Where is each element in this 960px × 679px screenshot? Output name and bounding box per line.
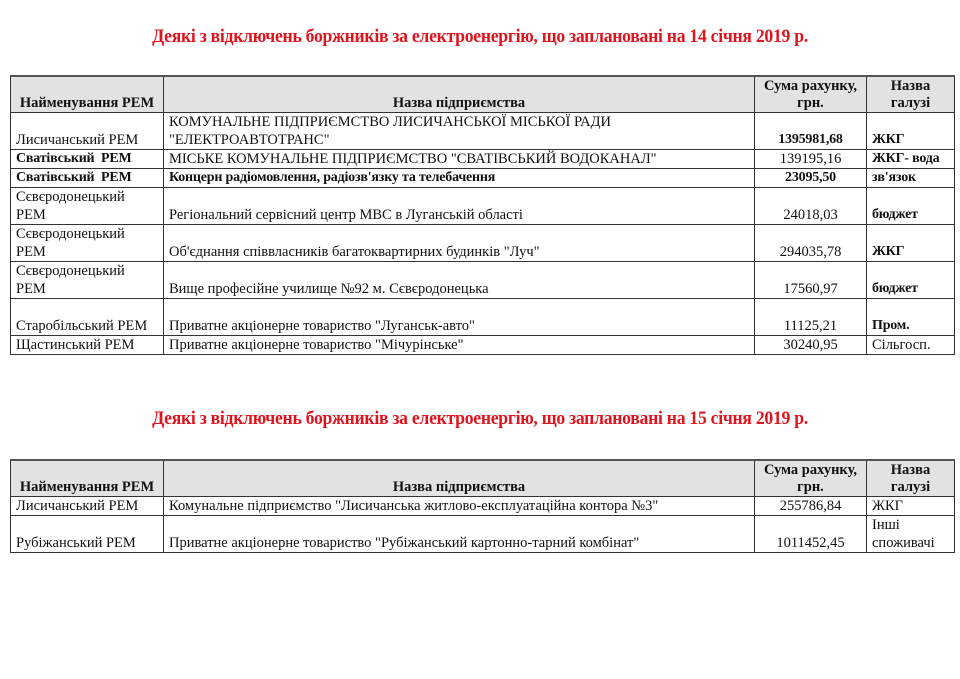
table-row: Сватівський РЕМ МІСЬКЕ КОМУНАЛЬНЕ ПІДПРИ… [11, 150, 955, 169]
cell-sector: бюджет [867, 188, 955, 225]
header-sector: Назва галузі [867, 76, 955, 113]
cell-sector: Інші споживачі [867, 516, 955, 553]
cell-company: Вище професійне училище №92 м. Сєвєродон… [164, 262, 755, 299]
debtors-table-jan-15: Найменування РЕМ Назва підприємства Сума… [10, 459, 955, 553]
header-rem: Найменування РЕМ [11, 76, 164, 113]
table-row: Сєвєродонецький РЕМ Вище професійне учил… [11, 262, 955, 299]
cell-sector: ЖКГ- вода [867, 150, 955, 169]
table-row: Сєвєродонецький РЕМ Об'єднання співвласн… [11, 225, 955, 262]
table-row: Старобільський РЕМ Приватне акціонерне т… [11, 299, 955, 336]
header-amount: Сума рахунку, грн. [755, 460, 867, 497]
section-title-jan-14: Деякі з відключень боржників за електрое… [34, 26, 927, 48]
cell-rem: Сватівський РЕМ [11, 150, 164, 169]
cell-amount: 17560,97 [755, 262, 867, 299]
cell-company: КОМУНАЛЬНЕ ПІДПРИЄМСТВО ЛИСИЧАНСЬКОЇ МІС… [164, 113, 755, 150]
header-company: Назва підприємства [164, 460, 755, 497]
cell-sector: ЖКГ [867, 225, 955, 262]
cell-amount: 1011452,45 [755, 516, 867, 553]
cell-company: Приватне акціонерне товариство "Мічурінс… [164, 336, 755, 355]
header-amount: Сума рахунку, грн. [755, 76, 867, 113]
cell-rem: Щастинський РЕМ [11, 336, 164, 355]
cell-amount: 255786,84 [755, 497, 867, 516]
header-company: Назва підприємства [164, 76, 755, 113]
cell-amount: 139195,16 [755, 150, 867, 169]
cell-sector: ЖКГ [867, 497, 955, 516]
cell-amount: 24018,03 [755, 188, 867, 225]
cell-company: МІСЬКЕ КОМУНАЛЬНЕ ПІДПРИЄМСТВО "СВАТІВСЬ… [164, 150, 755, 169]
cell-rem: Сватівський РЕМ [11, 169, 164, 188]
cell-amount: 11125,21 [755, 299, 867, 336]
cell-rem: Сєвєродонецький РЕМ [11, 225, 164, 262]
header-sector: Назва галузі [867, 460, 955, 497]
cell-amount: 23095,50 [755, 169, 867, 188]
cell-amount: 30240,95 [755, 336, 867, 355]
cell-company: Регіональний сервісний центр МВС в Луган… [164, 188, 755, 225]
cell-sector: бюджет [867, 262, 955, 299]
cell-company: Комунальне підприємство "Лисичанська жит… [164, 497, 755, 516]
table-header-row: Найменування РЕМ Назва підприємства Сума… [11, 460, 955, 497]
debtors-table-jan-14: Найменування РЕМ Назва підприємства Сума… [10, 75, 955, 355]
cell-amount: 1395981,68 [755, 113, 867, 150]
section-title-jan-15: Деякі з відключень боржників за електрое… [34, 408, 927, 430]
cell-rem: Лисичанський РЕМ [11, 113, 164, 150]
cell-company: Концерн радіомовлення, радіозв'язку та т… [164, 169, 755, 188]
cell-company: Об'єднання співвласників багатоквартирни… [164, 225, 755, 262]
table-header-row: Найменування РЕМ Назва підприємства Сума… [11, 76, 955, 113]
table-row: Щастинський РЕМ Приватне акціонерне това… [11, 336, 955, 355]
cell-company: Приватне акціонерне товариство "Рубіжанс… [164, 516, 755, 553]
cell-company: Приватне акціонерне товариство "Луганськ… [164, 299, 755, 336]
cell-amount: 294035,78 [755, 225, 867, 262]
cell-sector: Сільгосп. [867, 336, 955, 355]
header-rem: Найменування РЕМ [11, 460, 164, 497]
cell-sector: зв'язок [867, 169, 955, 188]
cell-rem: Сєвєродонецький РЕМ [11, 262, 164, 299]
cell-rem: Лисичанський РЕМ [11, 497, 164, 516]
table-row: Лисичанський РЕМ Комунальне підприємство… [11, 497, 955, 516]
cell-sector: Пром. [867, 299, 955, 336]
table-row: Сватівський РЕМ Концерн радіомовлення, р… [11, 169, 955, 188]
cell-rem: Сєвєродонецький РЕМ [11, 188, 164, 225]
cell-sector: ЖКГ [867, 113, 955, 150]
table-row: Сєвєродонецький РЕМ Регіональний сервісн… [11, 188, 955, 225]
table-row: Рубіжанський РЕМ Приватне акціонерне тов… [11, 516, 955, 553]
cell-rem: Старобільський РЕМ [11, 299, 164, 336]
cell-rem: Рубіжанський РЕМ [11, 516, 164, 553]
table-row: Лисичанський РЕМ КОМУНАЛЬНЕ ПІДПРИЄМСТВО… [11, 113, 955, 150]
